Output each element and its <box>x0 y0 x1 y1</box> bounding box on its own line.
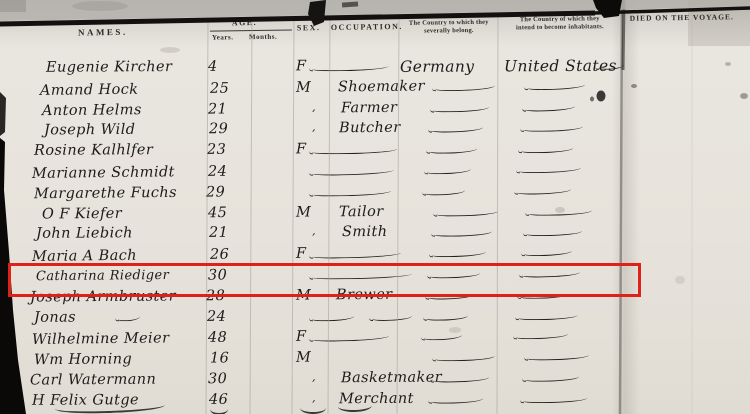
country-belong-ditto-dash <box>435 355 495 362</box>
country-inhabit-ditto-dash <box>528 209 592 215</box>
country-inhabit-ditto-dash <box>524 250 572 257</box>
country-belong-ditto-dash <box>433 106 489 113</box>
age-years-value: 46 <box>209 392 228 408</box>
passenger-name: Margarethe Fuchs <box>34 185 177 202</box>
occupation-value: Tailor <box>339 204 384 220</box>
country-inhabit-ditto-dash <box>525 376 579 382</box>
country-inhabit-ditto-dash <box>526 230 582 236</box>
country-inhabit-ditto-dash <box>516 333 568 340</box>
sex-ditto-mark: ‚ <box>312 370 316 383</box>
country-inhabit-ditto-dash <box>518 314 578 320</box>
age-years-value: 45 <box>208 205 227 221</box>
country-belong-ditto-dash <box>425 189 465 195</box>
manifest-scan-page: NAMES. AGE. Years. Months. SEX. OCCUPATI… <box>0 0 750 414</box>
country-belong-ditto-dash <box>432 251 486 258</box>
sex-value: F <box>296 246 307 262</box>
highlight-box <box>8 263 641 297</box>
sex-ditto-mark: ‚ <box>312 225 316 238</box>
age-years-value: 21 <box>209 225 228 241</box>
sex-value: M <box>296 204 311 220</box>
occupation-dash <box>372 314 412 320</box>
age-years-value: 29 <box>209 121 228 137</box>
country-belong-value: Germany <box>400 57 475 75</box>
country-belong-ditto-dash <box>431 127 483 133</box>
sex-occupation-dash <box>312 335 389 342</box>
age-years-value: 21 <box>208 101 227 117</box>
passenger-name: Marianne Schmidt <box>32 164 175 182</box>
age-years-value: 26 <box>210 247 229 263</box>
country-belong-ditto-dash <box>429 148 477 154</box>
age-years-value: 23 <box>207 142 226 158</box>
country-inhabit-ditto-dash <box>523 397 587 403</box>
occupation-value: Farmer <box>341 99 397 116</box>
sex-value: M <box>296 350 311 366</box>
occupation-value: Shoemaker <box>338 78 425 95</box>
name-ditto-dash <box>118 315 140 321</box>
sex-value: M <box>296 80 311 96</box>
trailing-dash <box>598 64 624 70</box>
country-belong-ditto-dash <box>431 397 483 403</box>
age-years-value: 4 <box>208 59 218 75</box>
sex-value: F <box>296 58 307 74</box>
country-belong-ditto-dash <box>433 376 489 382</box>
age-years-value: 24 <box>207 308 226 324</box>
age-years-value: 24 <box>208 164 227 180</box>
country-inhabit-ditto-dash <box>525 105 575 111</box>
passenger-name: John Liebich <box>36 226 133 243</box>
country-belong-ditto-dash <box>434 231 492 237</box>
country-belong-ditto-dash <box>436 210 498 216</box>
age-years-value: 48 <box>208 330 227 346</box>
age-years-value: 25 <box>210 80 229 96</box>
country-inhabit-ditto-dash <box>527 83 585 90</box>
passenger-name: O F Kiefer <box>42 205 122 222</box>
passenger-name: Wm Horning <box>34 351 132 368</box>
sex-value: F <box>296 142 307 158</box>
passenger-name: Jonas <box>34 309 76 325</box>
passenger-name: Joseph Wild <box>44 122 136 139</box>
sex-occupation-dash <box>312 169 394 176</box>
passenger-name: Wilhelmine Meier <box>32 331 170 349</box>
passenger-name: Carl Watermann <box>30 372 156 389</box>
sex-value: F <box>296 329 307 345</box>
age-years-value: 29 <box>206 184 225 200</box>
country-belong-ditto-dash <box>426 314 468 320</box>
sex-ditto-mark: ‚ <box>312 121 316 134</box>
sex-occupation-dash <box>312 190 391 197</box>
country-belong-ditto-dash <box>424 334 462 340</box>
sex-occupation-dash <box>312 65 389 71</box>
occupation-value: Butcher <box>339 120 401 136</box>
sex-occupation-dash <box>312 252 401 259</box>
occupation-value: Smith <box>342 224 388 240</box>
country-inhabit-ditto-dash <box>521 147 573 153</box>
country-inhabit-ditto-dash <box>519 167 581 174</box>
country-inhabit-ditto-dash <box>527 354 589 361</box>
cutoff-row-stroke <box>210 407 228 414</box>
sex-ditto-mark: ‚ <box>312 100 316 113</box>
country-inhabit-ditto-dash <box>517 188 571 195</box>
sex-ditto-mark: ‚ <box>312 391 316 404</box>
occupation-value: Basketmaker <box>341 370 442 387</box>
manifest-rows: Eugenie Kircher4FGermanyUnited StatesAma… <box>0 0 750 414</box>
country-inhabit-ditto-dash <box>523 126 583 132</box>
passenger-name: Eugenie Kircher <box>46 59 172 76</box>
country-belong-ditto-dash <box>427 168 471 175</box>
sex-occupation-dash <box>312 315 354 321</box>
age-years-value: 30 <box>208 371 227 387</box>
passenger-name: Anton Helms <box>42 102 142 119</box>
passenger-name: Amand Hock <box>40 82 139 99</box>
passenger-name: Rosine Kalhlfer <box>34 142 153 159</box>
age-years-value: 16 <box>210 351 229 367</box>
sex-occupation-dash <box>312 148 397 154</box>
country-belong-ditto-dash <box>435 84 495 91</box>
